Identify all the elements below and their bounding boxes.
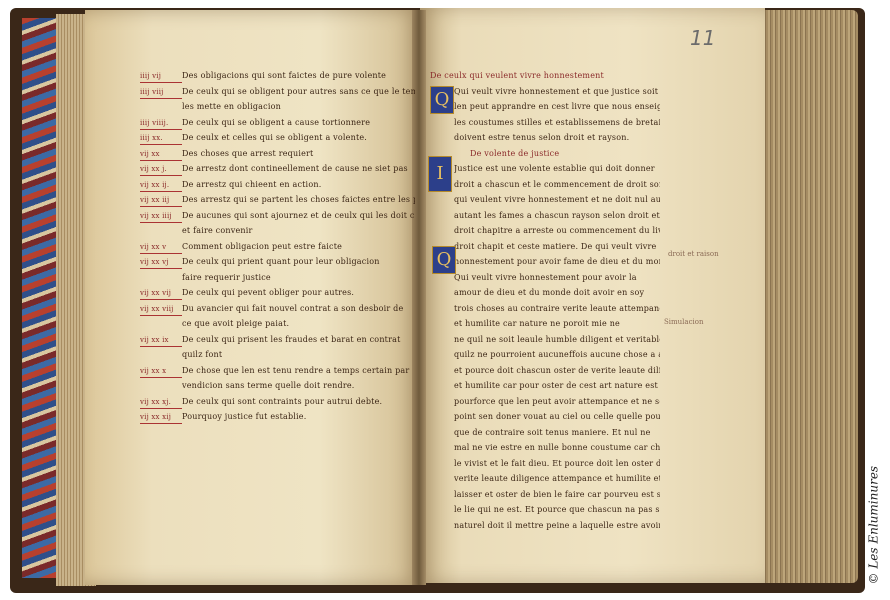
text-line: honnestement pour avoir fame de dieu et … (454, 254, 660, 270)
line-text: De ceulx qui se obligent a cause tortion… (182, 118, 370, 127)
text-line: mal ne vie estre en nulle bonne coustume… (454, 440, 660, 456)
text-line: vij xx vComment obligacion peut estre fa… (140, 239, 415, 255)
text-line: et humilite car pour oster de cest art n… (454, 378, 660, 394)
chapter-marker: vij xx ix (140, 334, 182, 347)
line-text: De ceulx qui se obligent pour autres san… (182, 87, 415, 96)
line-text: Pourquoy justice fut establie. (182, 412, 306, 421)
margin-note: droit et raison (668, 250, 719, 258)
text-line: Qui veult vivre honnestement pour avoir … (454, 270, 660, 286)
copyright-credit: © Les Enluminures (856, 470, 886, 585)
text-line: et pource doit chascun oster de verite l… (454, 363, 660, 379)
text-line: doivent estre tenus selon droit et rayso… (454, 130, 660, 146)
line-text: les mette en obligacion (182, 102, 281, 111)
line-text: De ceulx qui prisent les fraudes et bara… (182, 335, 401, 344)
text-line: vij xx viijDu avancier qui fait nouvel c… (140, 301, 415, 317)
line-text: De aucunes qui sont ajournez et de ceulx… (182, 211, 415, 220)
chapter-marker: vij xx (140, 148, 182, 161)
chapter-marker: vij xx iiij (140, 210, 182, 223)
text-line: len peut apprandre en cest livre que nou… (454, 99, 660, 115)
text-line: vij xx iiijDe aucunes qui sont ajournez … (140, 208, 415, 224)
text-line: les coustumes stilles et establissemens … (454, 115, 660, 131)
chapter-marker: vij xx xij (140, 411, 182, 424)
line-text: Des obligacions qui sont faictes de pure… (182, 71, 386, 80)
chapter-marker: iiij vij (140, 70, 182, 83)
text-line: vij xx xDe chose que len est tenu rendre… (140, 363, 415, 379)
line-text: De arrestz dont contineellement de cause… (182, 164, 408, 173)
decorated-initial-q: Q (430, 86, 454, 114)
text-line: droit chapitre a arreste ou commencement… (454, 223, 660, 239)
line-text: De ceulx qui pevent obliger pour autres. (182, 288, 354, 297)
text-line: le lie qui ne est. Et pource que chascun… (454, 502, 660, 518)
paragraph-3: Qui veult vivre honnestement pour avoir … (430, 270, 660, 534)
text-line: iiij viiij.De ceulx qui se obligent a ca… (140, 115, 415, 131)
line-text: De ceulx qui prient quant pour leur obli… (182, 257, 380, 266)
decorated-initial-q: Q (432, 246, 456, 274)
text-line: quilz font (140, 347, 415, 363)
chapter-marker: vij xx vij (140, 287, 182, 300)
text-line: ne quil ne soit leaule humble diligent e… (454, 332, 660, 348)
line-text: vendicion sans terme quelle doit rendre. (182, 381, 355, 390)
chapter-marker: vij xx vj (140, 256, 182, 269)
text-line: amour de dieu et du monde doit avoir en … (454, 285, 660, 301)
line-text: Du avancier qui fait nouvel contrat a so… (182, 304, 403, 313)
text-line: et humilite car nature ne poroit mie ne (454, 316, 660, 332)
text-line: Qui veult vivre honnestement et que just… (454, 84, 660, 100)
text-line: vij xxDes choses que arrest requiert (140, 146, 415, 162)
chapter-marker: vij xx viij (140, 303, 182, 316)
text-line: quilz ne pourroient aucuneffois aucune c… (454, 347, 660, 363)
folio-number: 11 (690, 26, 715, 50)
line-text: De ceulx qui sont contraints pour autrui… (182, 397, 382, 406)
chapter-marker: vij xx j. (140, 163, 182, 176)
line-text: De ceulx et celles qui se obligent a vol… (182, 133, 367, 142)
text-line: verite leaute diligence attempance et hu… (454, 471, 660, 487)
line-text: Des choses que arrest requiert (182, 149, 313, 158)
chapter-marker: iiij xx. (140, 132, 182, 145)
line-text: Comment obligacion peut estre faicte (182, 242, 342, 251)
manuscript-photo: 11 iiij vijDes obligacions qui sont faic… (0, 0, 890, 600)
text-line: vij xx vjDe ceulx qui prient quant pour … (140, 254, 415, 270)
text-line: vij xx vijDe ceulx qui pevent obliger po… (140, 285, 415, 301)
chapter-marker: vij xx v (140, 241, 182, 254)
text-line: faire requerir justice (140, 270, 415, 286)
right-page-text: De ceulx qui veulent vivre honnestement … (430, 68, 660, 533)
text-line: vendicion sans terme quelle doit rendre. (140, 378, 415, 394)
line-text: ce que avoit pleige paiat. (182, 319, 289, 328)
line-text: et faire convenir (182, 226, 253, 235)
text-line: iiij xx.De ceulx et celles qui se oblige… (140, 130, 415, 146)
text-line: iiij vijDes obligacions qui sont faictes… (140, 68, 415, 84)
chapter-marker: vij xx iij (140, 194, 182, 207)
text-line: pourforce que len peut avoir attempance … (454, 394, 660, 410)
text-line: vij xx ij.De arrestz qui chieent en acti… (140, 177, 415, 193)
chapter-marker: vij xx ij. (140, 179, 182, 192)
line-text: quilz font (182, 350, 222, 359)
margin-note: Simulacion (664, 318, 703, 326)
decorated-initial-j: I (428, 156, 452, 192)
text-line: naturel doit il mettre peine a laquelle … (454, 518, 660, 534)
text-line: ce que avoit pleige paiat. (140, 316, 415, 332)
rubric-heading: De ceulx qui veulent vivre honnestement (430, 68, 660, 84)
text-line: les mette en obligacion (140, 99, 415, 115)
text-line: vij xx xj.De ceulx qui sont contraints p… (140, 394, 415, 410)
chapter-marker: iiij viij (140, 86, 182, 99)
rubric-heading: De volente de justice (430, 146, 660, 162)
text-line: point sen doner vouat au ciel ou celle q… (454, 409, 660, 425)
chapter-marker: iiij viiij. (140, 117, 182, 130)
paragraph-2: Justice est une volente establie qui doi… (430, 161, 660, 270)
text-line: droit a chascun et le commencement de dr… (454, 177, 660, 193)
chapter-marker: vij xx x (140, 365, 182, 378)
text-line: le vivist et le fait dieu. Et pource doi… (454, 456, 660, 472)
line-text: De arrestz qui chieent en action. (182, 180, 321, 189)
right-page-edges (763, 10, 858, 583)
text-line: laisser et oster de bien le faire car po… (454, 487, 660, 503)
text-line: que de contraire soit tenus maniere. Et … (454, 425, 660, 441)
text-line: et faire convenir (140, 223, 415, 239)
paragraph-1: Qui veult vivre honnestement et que just… (430, 84, 660, 146)
chapter-marker: vij xx xj. (140, 396, 182, 409)
text-line: vij xx xijPourquoy justice fut establie. (140, 409, 415, 425)
text-line: Justice est une volente establie qui doi… (454, 161, 660, 177)
text-line: trois choses au contraire verite leaute … (454, 301, 660, 317)
text-line: droit chapit et ceste matiere. De qui ve… (454, 239, 660, 255)
line-text: faire requerir justice (182, 273, 271, 282)
text-line: iiij viijDe ceulx qui se obligent pour a… (140, 84, 415, 100)
text-line: vij xx j.De arrestz dont contineellement… (140, 161, 415, 177)
text-line: autant les fames a chascun rayson selon … (454, 208, 660, 224)
left-page-text: iiij vijDes obligacions qui sont faictes… (140, 68, 415, 425)
line-text: Des arrestz qui se partent les choses fa… (182, 195, 415, 204)
line-text: De chose que len est tenu rendre a temps… (182, 366, 409, 375)
marbled-endpaper (22, 18, 56, 578)
text-line: vij xx iijDes arrestz qui se partent les… (140, 192, 415, 208)
text-line: qui veulent vivre honnestement et ne doi… (454, 192, 660, 208)
text-line: vij xx ixDe ceulx qui prisent les fraude… (140, 332, 415, 348)
